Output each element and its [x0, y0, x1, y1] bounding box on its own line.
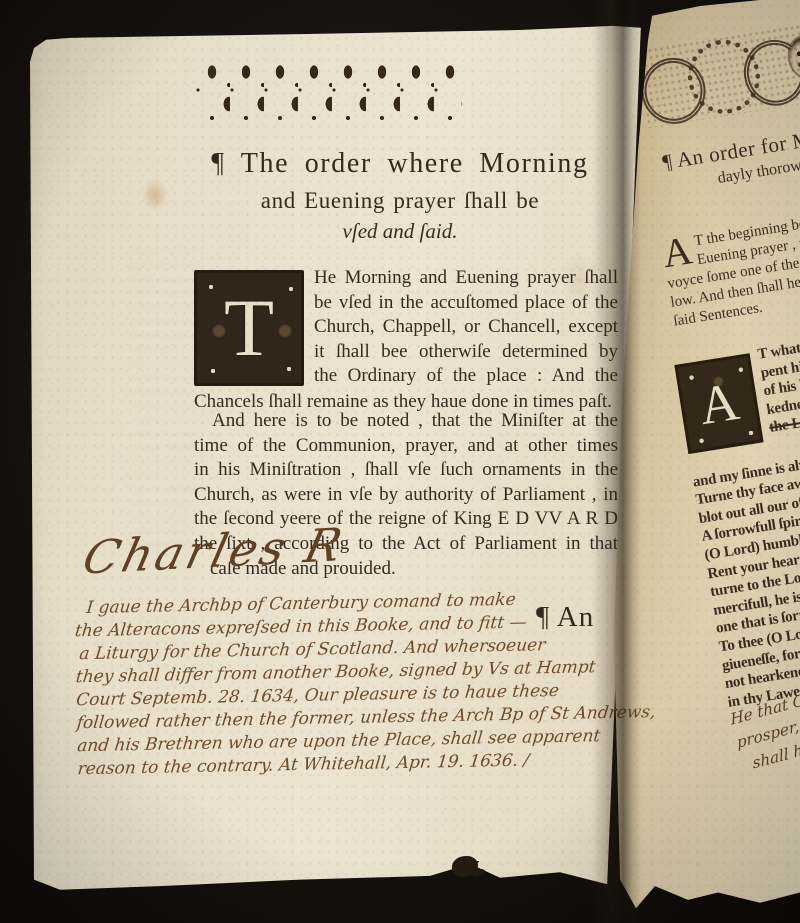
text-line: T what tim [756, 323, 800, 364]
text-line: Church, Chappell, or Chancell, except [314, 315, 618, 340]
photograph-of-open-book: { "book": { "left_page": { "title_line1"… [0, 0, 800, 923]
paper-stain [142, 178, 168, 212]
text-line: time of the Communion, prayer, and at ot… [194, 434, 618, 459]
text-line: Church, as were in vſe by authority of P… [194, 483, 618, 508]
text-line: He Morning and Euening prayer ſhall [314, 266, 618, 291]
dropcap-letter: A [695, 374, 742, 433]
page-title-line3: vſed and ſaid. [180, 219, 620, 244]
text-line: the Ordinary of the place : And the [314, 364, 618, 389]
text-line: And here is to be noted , that the Miniſ… [194, 409, 618, 434]
paragraph-1: T He Morning and Euening prayer ſhallbe … [194, 266, 618, 415]
paragraph-1-lines: He Morning and Euening prayer ſhallbe vſ… [314, 266, 618, 389]
woodcut-initial-A-icon: A [674, 353, 763, 454]
text-line: be vſed in the accuſtomed place of the [314, 291, 618, 316]
catchword: ¶ An [536, 601, 594, 634]
dropcap-letter: T [224, 287, 274, 369]
floral-ornament-band-icon [196, 60, 462, 126]
ink-show-through [130, 250, 200, 550]
blackletter-section: A T what timpent him ofof his heart,kedn… [673, 323, 800, 712]
ink-blot [452, 856, 478, 877]
text-line: in his Miniſtration , ſhall vſe ſuch orn… [194, 458, 618, 483]
text-line: it ſhall bee otherwiſe determined by [314, 340, 618, 365]
blackletter-full-width: I doe knoand my ſinne is alway againTurn… [689, 419, 800, 712]
page-title-line1: ¶ The order where Morning [180, 148, 620, 180]
engraved-headpiece-icon [635, 17, 800, 129]
large-initial-A: A [660, 233, 694, 271]
blackletter-beside-initial: T what timpent him ofof his heart,kedneſ… [756, 323, 800, 438]
page-title-line2: and Euening prayer ſhall be [180, 188, 620, 214]
woodcut-initial-T-icon: T [194, 270, 304, 386]
engraving-texture [635, 17, 800, 129]
right-page-paragraph-1: A T the beginning both of MorEuening pra… [660, 203, 800, 332]
